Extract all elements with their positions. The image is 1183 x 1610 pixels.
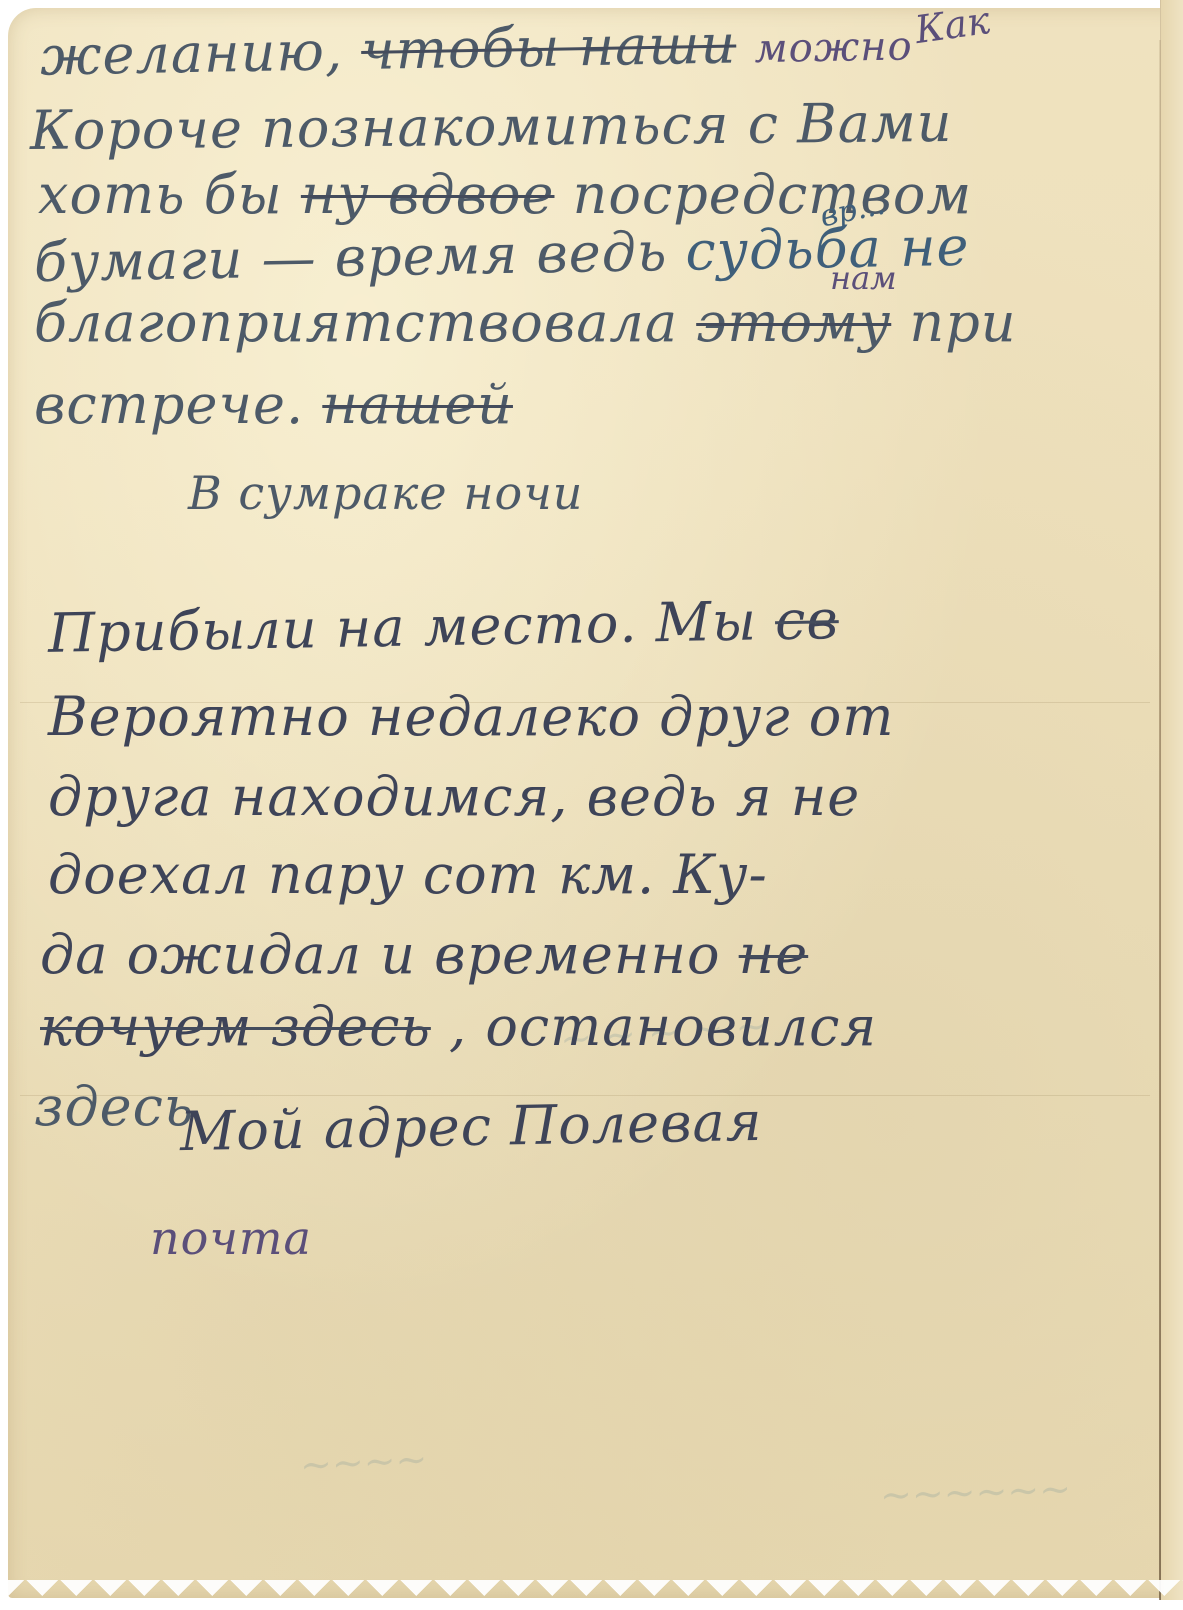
text-line-8: Прибыли на место. Мы св	[48, 593, 840, 661]
struck-text: св	[774, 588, 839, 652]
struck-text: ну вдвое	[301, 163, 555, 226]
struck-text: не	[739, 923, 809, 986]
text-line-15: Мой адрес Полевая	[180, 1095, 763, 1159]
line-text: почта	[150, 1211, 312, 1265]
fold-crease	[1159, 40, 1161, 1600]
text-line-16: почта	[150, 1215, 312, 1261]
struck-text: этому	[696, 291, 891, 354]
bleed-through-text: ~~~~~~	[879, 1467, 1071, 1518]
line-text: друга находимся, ведь я не	[48, 765, 860, 828]
line-text: В сумраке ночи	[188, 466, 583, 520]
line-tail: можно	[754, 23, 913, 72]
text-line-10: друга находимся, ведь я не	[48, 770, 860, 824]
text-line-9: Вероятно недалеко друг от	[48, 690, 894, 744]
inserted-word: нам	[830, 262, 897, 294]
line-text: хоть бы	[38, 163, 283, 226]
text-line-5: благоприятствовала этому при	[34, 296, 1017, 350]
struck-text: чтобы наши	[361, 12, 737, 82]
line-text: желанию,	[40, 19, 344, 87]
inserted-word: Как	[913, 1, 992, 49]
line-text: Короче познакомиться с Вами	[30, 91, 953, 162]
line-after: при	[909, 291, 1016, 354]
line-text: благоприятствовала	[34, 291, 678, 354]
line-text: Прибыли на место. Мы	[48, 590, 758, 665]
torn-bottom-edge	[8, 1580, 1183, 1610]
struck-text: нашей	[322, 373, 513, 436]
text-line-2: Короче познакомиться с Вами	[30, 96, 953, 158]
text-line-7: В сумраке ночи	[188, 470, 583, 516]
line-text: да ожидал и временно	[40, 923, 721, 986]
line-text: бумаги — время ведь	[34, 220, 668, 294]
line-after: , остановился	[449, 995, 877, 1058]
text-line-13: кочуем здесь , остановился	[40, 1000, 877, 1054]
line-text: Мой адрес Полевая	[179, 1090, 762, 1163]
text-line-12: да ожидал и временно не	[40, 928, 808, 982]
line-text: доехал пару сот км. Ку-	[48, 843, 768, 906]
line-text: Вероятно недалеко друг от	[48, 685, 894, 748]
text-line-6: встрече. нашей	[34, 378, 513, 432]
struck-text: кочуем здесь	[40, 995, 431, 1058]
text-line-11: доехал пару сот км. Ку-	[48, 848, 768, 902]
folded-edge	[1160, 0, 1183, 1600]
bleed-through-text: ~~~~	[299, 1437, 428, 1488]
text-line-14: здесь	[34, 1080, 194, 1134]
line-text: здесь	[34, 1075, 194, 1138]
line-text: встрече.	[34, 373, 304, 436]
